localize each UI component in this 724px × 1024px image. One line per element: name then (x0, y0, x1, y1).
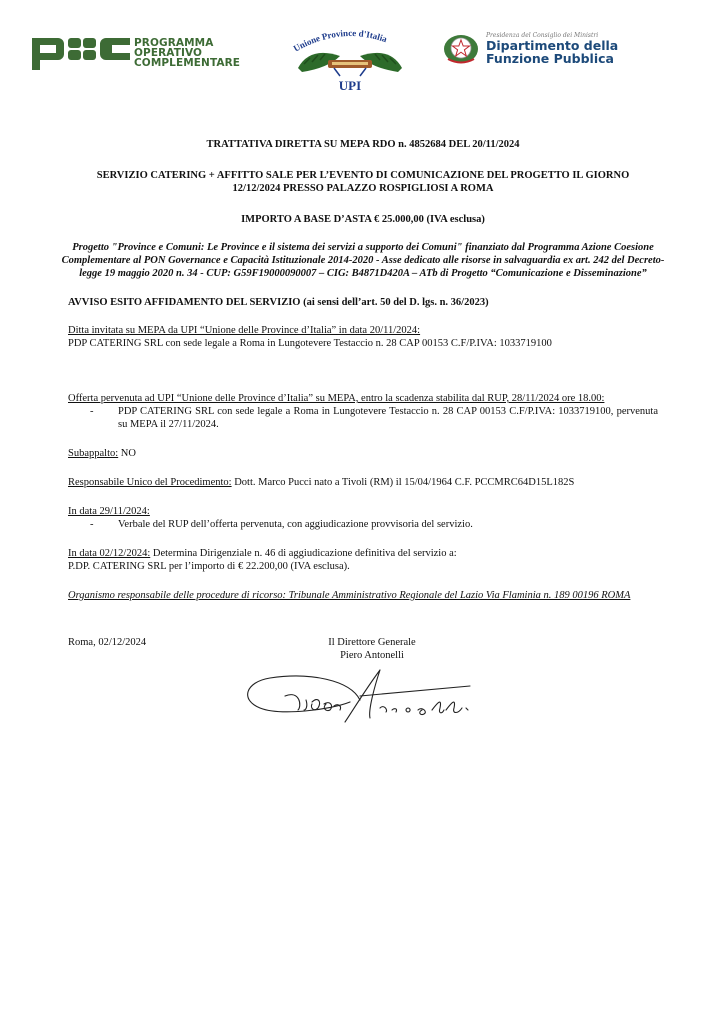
letterhead: PROGRAMMA OPERATIVO COMPLEMENTARE Unione… (0, 0, 724, 110)
place-date: Roma, 02/12/2024 (68, 636, 146, 649)
upi-logo: Unione Province d'Italia UPI (270, 20, 430, 95)
poc-logo: PROGRAMMA OPERATIVO COMPLEMENTARE (32, 36, 240, 70)
italian-republic-emblem-icon (442, 33, 480, 65)
date2-section: In data 02/12/2024: Determina Dirigenzia… (68, 547, 658, 560)
subcontract: Subappalto: NO (68, 447, 658, 460)
subject-line-1: SERVIZIO CATERING + AFFITTO SALE PER L’E… (48, 169, 678, 182)
offer-bullet: - PDP CATERING SRL con sede legale a Rom… (68, 405, 658, 431)
invited-text: PDP CATERING SRL con sede legale a Roma … (68, 337, 658, 350)
subject-line-2: 12/12/2024 PRESSO PALAZZO ROSPIGLIOSI A … (68, 182, 658, 195)
upi-label: UPI (270, 78, 430, 94)
invited-label: Ditta invitata su MEPA da UPI “Unione de… (68, 325, 420, 336)
poc-mark-icon (32, 36, 130, 70)
offer-section: Offerta pervenuta ad UPI “Unione delle P… (68, 392, 658, 405)
dfp-logo-text: Presidenza del Consiglio dei Ministri Di… (486, 32, 618, 65)
document-title: TRATTATIVA DIRETTA SU MEPA RDO n. 485268… (68, 138, 658, 151)
base-amount: IMPORTO A BASE D’ASTA € 25.000,00 (IVA e… (68, 213, 658, 226)
award-line: P.DP. CATERING SRL per l’importo di € 22… (68, 560, 658, 573)
offer-label: Offerta pervenuta ad UPI “Unione delle P… (68, 393, 604, 404)
date1-bullet: - Verbale del RUP dell’offerta pervenuta… (68, 518, 658, 531)
svg-text:Unione Province d'Italia: Unione Province d'Italia (292, 28, 389, 54)
upi-emblem-icon: Unione Province d'Italia (270, 20, 430, 80)
signatory-role: Il Direttore Generale (312, 636, 432, 649)
appeal-body: Organismo responsabile delle procedure d… (68, 589, 658, 602)
dfp-logo: Presidenza del Consiglio dei Ministri Di… (442, 32, 618, 65)
rup: Responsabile Unico del Procedimento: Dot… (68, 476, 658, 489)
notice-heading: AVVISO ESITO AFFIDAMENTO DEL SERVIZIO (a… (68, 296, 658, 309)
poc-logo-text: PROGRAMMA OPERATIVO COMPLEMENTARE (134, 38, 240, 68)
signatory: Il Direttore Generale Piero Antonelli (312, 636, 432, 662)
document-body: TRATTATIVA DIRETTA SU MEPA RDO n. 485268… (68, 138, 658, 602)
date1-section: In data 29/11/2024: (68, 505, 658, 518)
project-description: Progetto "Province e Comuni: Le Province… (54, 241, 672, 280)
handwritten-signature-icon (240, 660, 490, 725)
invited-section: Ditta invitata su MEPA da UPI “Unione de… (68, 324, 658, 337)
